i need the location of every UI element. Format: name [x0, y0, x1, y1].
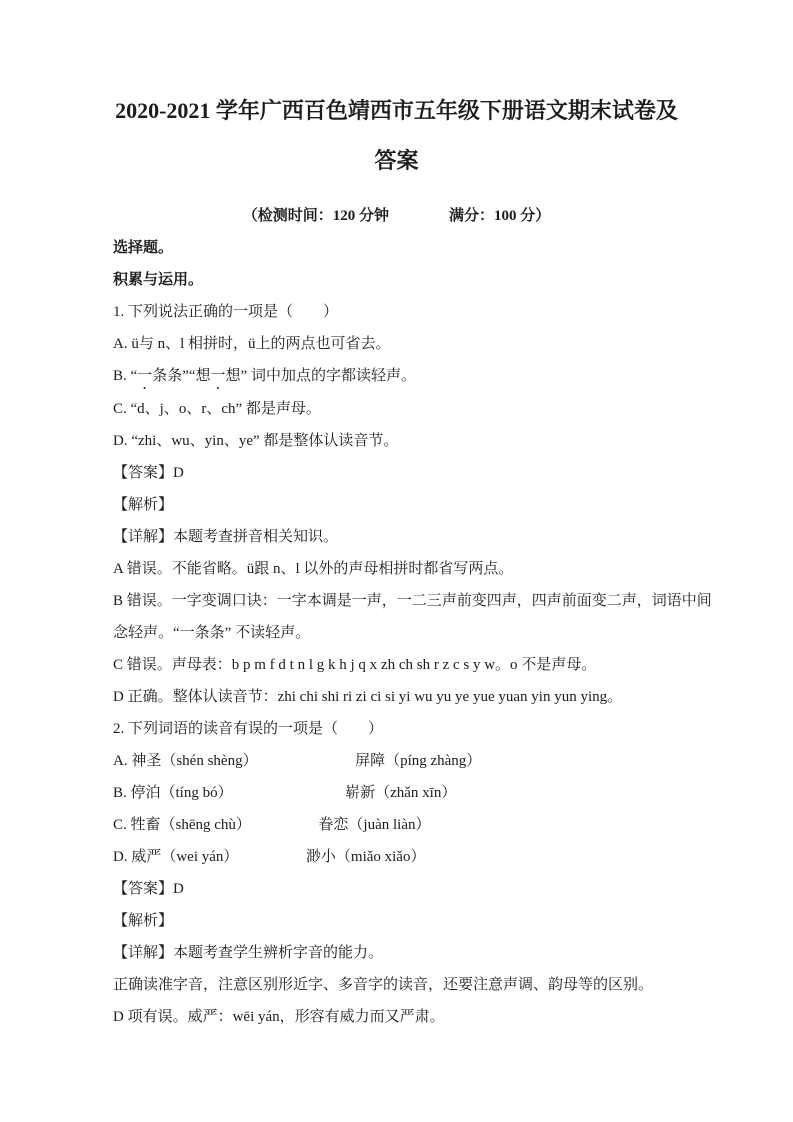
q1-option-d: D. “zhi、wu、yin、ye” 都是整体认读音节。 [113, 425, 713, 457]
page-title-line-1: 2020-2021 学年广西百色靖西市五年级下册语文期末试卷及 [0, 86, 793, 136]
q1-explanation-a: A 错误。不能省略。ü跟 n、l 以外的声母相拼时都省写两点。 [113, 553, 713, 585]
q1-option-a: A. ü与 n、l 相拼时，ü上的两点也可省去。 [113, 328, 713, 360]
exam-info: （检测时间：120 分钟 满分：100 分） [0, 200, 793, 232]
q1-detail: 【详解】本题考查拼音相关知识。 [113, 521, 713, 553]
q2-option-d: D. 威严（wei yán） 渺小（miǎo xiǎo） [113, 841, 713, 873]
q1-option-b: B. “一条条”“想一想” 词中加点的字都读轻声。 [113, 360, 713, 393]
q2-detail: 【详解】本题考查学生辨析字音的能力。 [113, 937, 713, 969]
page-title-line-2: 答案 [0, 136, 793, 186]
q1-analysis-label: 【解析】 [113, 489, 713, 521]
q1-explanation-b: B 错误。一字变调口诀：一字本调是一声，一二三声前变四声，四声前面变二声，词语中… [113, 585, 713, 649]
q2-stem: 2. 下列词语的读音有误的一项是（ ） [113, 713, 713, 745]
q1-option-b-text: B. “ [113, 368, 137, 384]
q2-option-c: C. 牲畜（shēng chù） 眷恋（juàn liàn） [113, 809, 713, 841]
page-title: 2020-2021 学年广西百色靖西市五年级下册语文期末试卷及 答案 [0, 86, 793, 186]
q2-explanation-2: D 项有误。威严：wēi yán，形容有威力而又严肃。 [113, 1001, 713, 1033]
q2-answer: 【答案】D [113, 873, 713, 905]
section-heading-accumulate: 积累与运用。 [113, 264, 713, 296]
q1-option-c: C. “d、j、o、r、ch” 都是声母。 [113, 393, 713, 425]
q1-option-b-text: 想” 词中加点的字都读轻声。 [226, 368, 416, 384]
q1-option-b-emphasized-char: 一 [211, 368, 226, 384]
q1-explanation-d: D 正确。整体认读音节：zhi chi shi ri zi ci si yi w… [113, 681, 713, 713]
q2-option-a: A. 神圣（shén shèng） 屏障（píng zhàng） [113, 745, 713, 777]
q1-explanation-c: C 错误。声母表：b p m f d t n l g k h j q x zh … [113, 649, 713, 681]
section-heading-choice: 选择题。 [113, 232, 713, 264]
q1-stem: 1. 下列说法正确的一项是（ ） [113, 296, 713, 328]
q1-answer: 【答案】D [113, 457, 713, 489]
exam-paper-page: 2020-2021 学年广西百色靖西市五年级下册语文期末试卷及 答案 （检测时间… [0, 0, 793, 1122]
q2-option-b: B. 停泊（tíng bó） 崭新（zhǎn xīn） [113, 777, 713, 809]
q2-analysis-label: 【解析】 [113, 905, 713, 937]
q1-option-b-text: 条条”“想 [152, 368, 210, 384]
q2-explanation-1: 正确读准字音，注意区别形近字、多音字的读音，还要注意声调、韵母等的区别。 [113, 969, 713, 1001]
q1-option-b-emphasized-char: 一 [137, 368, 152, 384]
